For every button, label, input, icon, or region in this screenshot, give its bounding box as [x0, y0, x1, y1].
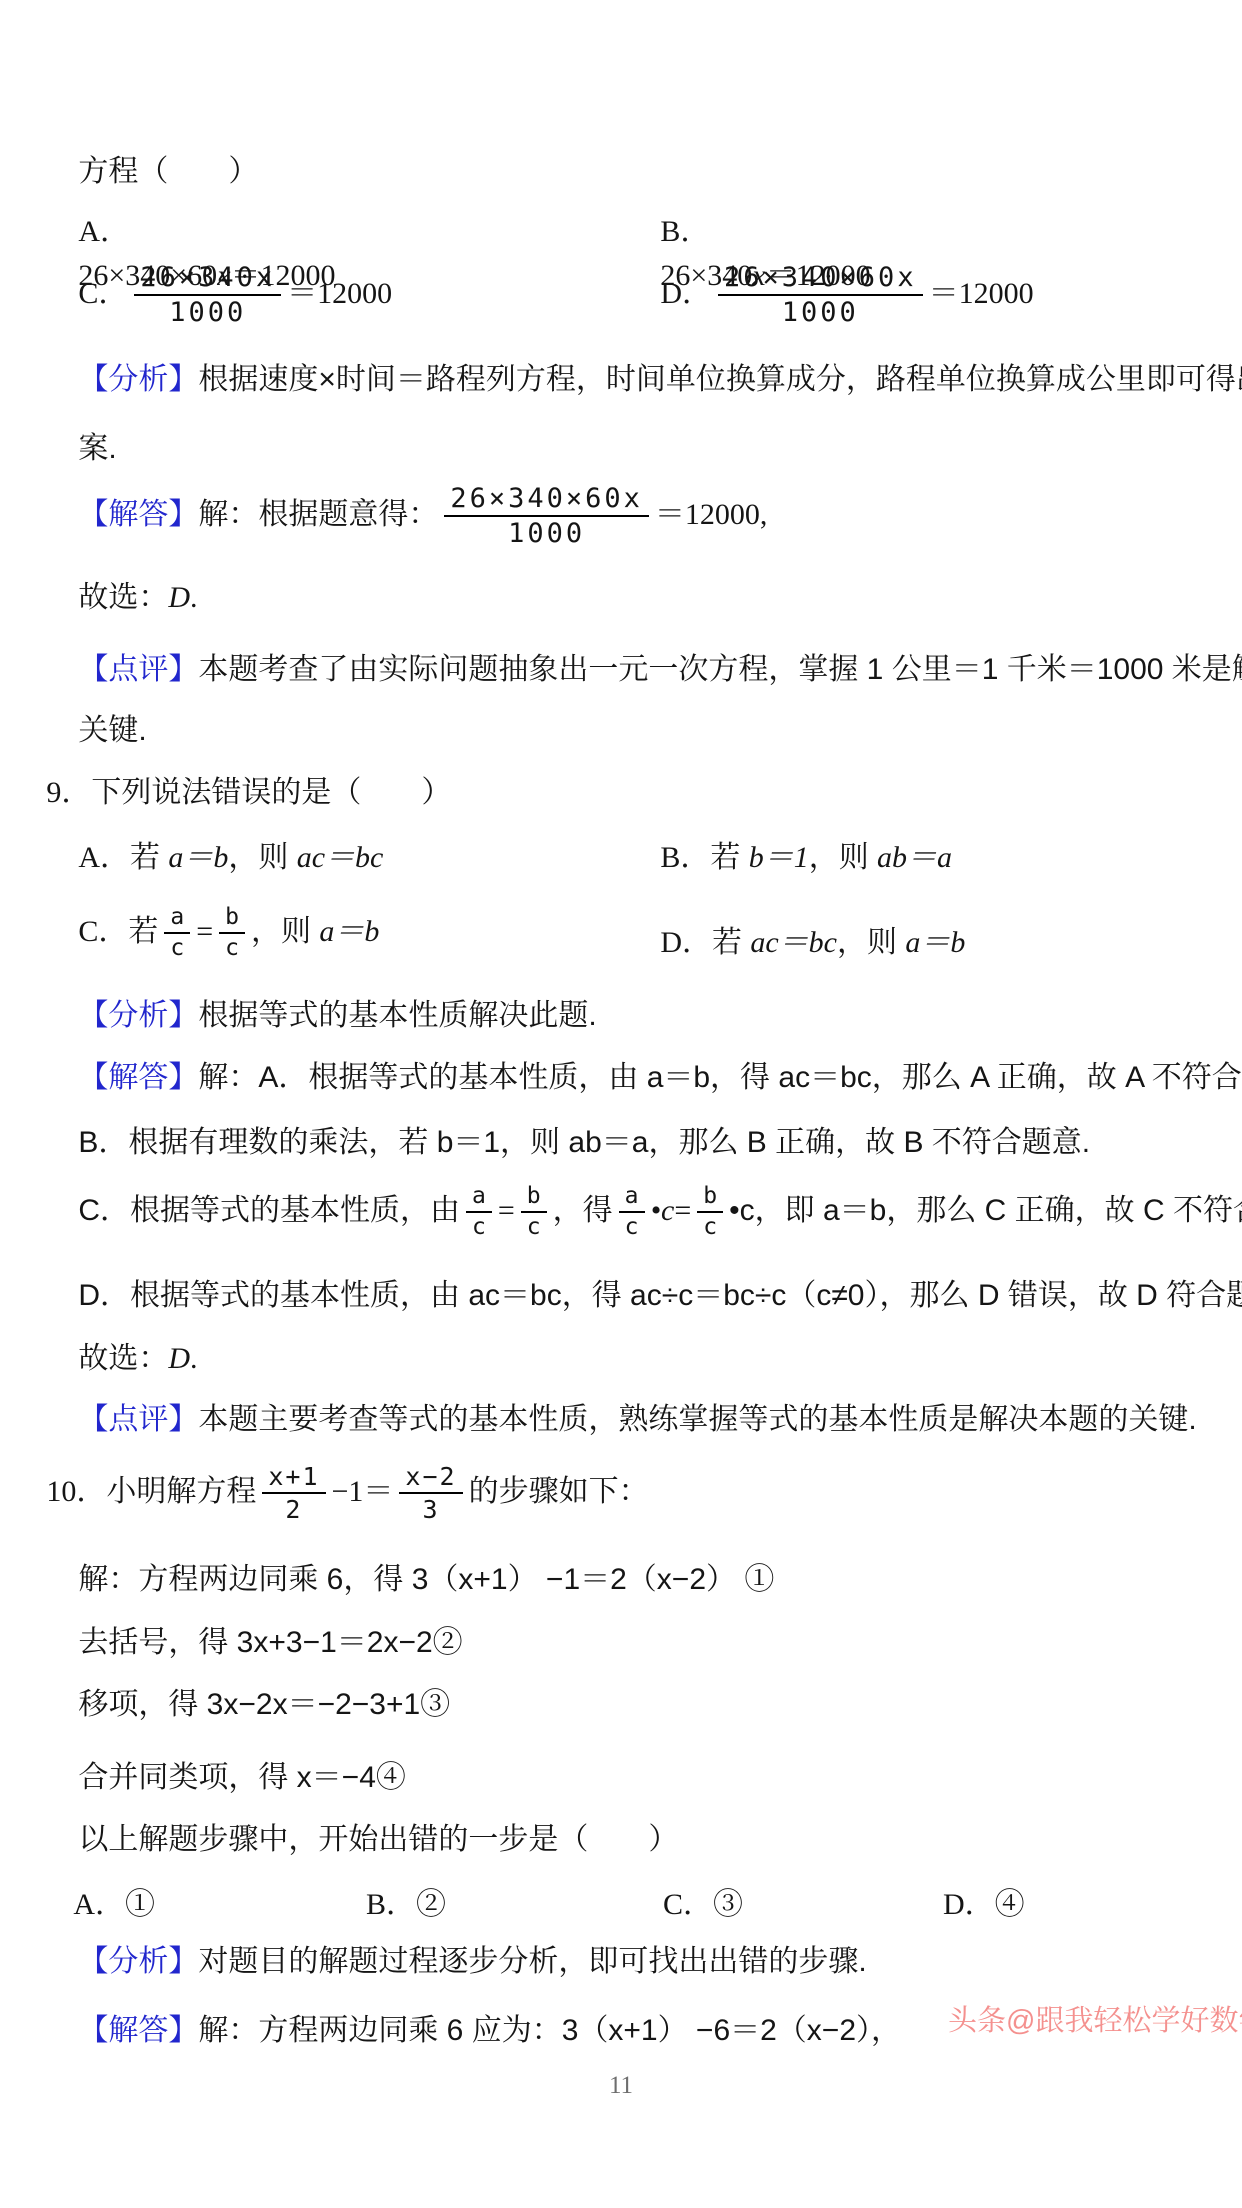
q9-answer-c-mid: ，得 [553, 1194, 613, 1227]
watermark: 头条@跟我轻松学好数学 [948, 1998, 1242, 2039]
q10-stem-pre: 小明解方程 [106, 1475, 256, 1508]
fraction-numerator: b [219, 905, 245, 934]
answer-label: 【解答】 [78, 2014, 198, 2047]
q9-answer-d: D．根据等式的基本性质，由 ac＝bc，得 ac÷c＝bc÷c（c≠0），那么 … [45, 1236, 1242, 1348]
q9-option-c-math2: a＝b [319, 915, 379, 948]
q9-answer-c-pre: C．根据等式的基本性质，由 [78, 1194, 460, 1227]
fraction-numerator: a [466, 1184, 492, 1213]
q9-option-b-math1: b＝1 [749, 841, 809, 874]
fraction: 26×340×60x1000 [718, 263, 923, 327]
q9-option-a-pre: 若 [130, 841, 168, 874]
watermark-text: 头条@跟我轻松学好数学 [948, 2005, 1242, 2037]
fraction: bc [219, 905, 245, 961]
q8-answer-pre: 解：根据题意得： [198, 498, 438, 531]
page-number: 11 [0, 2072, 1242, 2100]
q10-step-3-text: 移项，得 3x−2x＝−2−3+1③ [78, 1688, 450, 1721]
q9-option-a-label: A． [78, 841, 130, 874]
q8-analysis: 【分析】根据速度×时间＝路程列方程，时间单位换算成分，路程单位换算成公里即可得出… [45, 320, 1242, 432]
fraction-numerator: x+1 [262, 1463, 325, 1494]
q9-option-a-math1: a＝b [168, 841, 228, 874]
q9-option-d: D．若 ac＝bc，则 a＝b [627, 883, 965, 995]
fraction: ac [619, 1184, 645, 1240]
fraction-numerator: x−2 [399, 1463, 462, 1494]
q10-stem-mid: −1＝ [332, 1475, 394, 1508]
fraction-numerator: b [697, 1184, 723, 1213]
fraction-numerator: a [164, 905, 190, 934]
fraction-denominator: 2 [285, 1494, 302, 1523]
q9-answer-d-text: D．根据等式的基本性质，由 ac＝bc，得 ac÷c＝bc÷c（c≠0），那么 … [78, 1279, 1242, 1312]
q9-option-d-label: D． [660, 926, 712, 959]
q9-option-c-equals: = [196, 915, 213, 948]
q9-answer-c-dot1: •c [651, 1194, 675, 1227]
fraction-denominator: 3 [422, 1494, 439, 1523]
q10-answer: 【解答】解：方程两边同乘 6 应为：3（x+1） −6＝2（x−2）， [45, 1971, 901, 2083]
q9-option-b-mid: ，则 [809, 841, 877, 874]
fraction-numerator: 26×340x [134, 263, 281, 296]
fraction: 26×340×60x1000 [444, 484, 649, 548]
q9-option-d-math1: ac＝bc [750, 926, 837, 959]
fraction-numerator: 26×340×60x [444, 484, 649, 517]
fraction: ac [164, 905, 190, 961]
q8-comment-text: 本题考查了由实际问题抽象出一元一次方程，掌握 1 公里＝1 千米＝1000 米是… [198, 653, 1242, 686]
fraction-numerator: 26×340×60x [718, 263, 923, 296]
fraction-numerator: a [619, 1184, 645, 1213]
fraction: ac [466, 1184, 492, 1240]
q8-option-d-rhs: ＝12000 [929, 277, 1034, 310]
q9-option-b-label: B． [660, 841, 710, 874]
q9-option-c-pre: 若 [128, 915, 158, 948]
q10-stem-post: 的步骤如下： [469, 1475, 649, 1508]
q10-option-d: D．④ [913, 1845, 1025, 1957]
fraction-numerator: b [521, 1184, 547, 1213]
q9-option-d-math2: a＝b [905, 926, 965, 959]
q9-answer-c-equals2: = [674, 1194, 691, 1227]
fraction: x−23 [399, 1463, 462, 1523]
q9-option-c-label: C． [78, 915, 128, 948]
answer-label: 【解答】 [78, 498, 198, 531]
q8-option-c-label: C． [78, 277, 128, 310]
fraction: 26×340x1000 [134, 263, 281, 327]
q10-answer-text: 解：方程两边同乘 6 应为：3（x+1） −6＝2（x−2）， [198, 2014, 901, 2047]
q10-option-d-text: D．④ [943, 1888, 1025, 1921]
page-number-text: 11 [609, 2072, 633, 2099]
q9-option-b-math2: ab＝a [877, 841, 952, 874]
q8-option-d-label: D． [660, 277, 712, 310]
q9-option-a-mid: ，则 [228, 841, 296, 874]
q8-answer-rhs: ＝12000, [655, 498, 768, 531]
q9-answer-c-rest: •c，即 a＝b，那么 C 正确，故 C 不符合题意. [729, 1194, 1242, 1227]
q9-option-b-pre: 若 [710, 841, 748, 874]
fraction: bc [521, 1184, 547, 1240]
q8-analysis-text: 根据速度×时间＝路程列方程，时间单位换算成分，路程单位换算成公里即可得出答 [198, 363, 1242, 396]
q9-option-d-pre: 若 [712, 926, 750, 959]
q9-option-a-math2: ac＝bc [297, 841, 384, 874]
q9-option-c-mid: ，则 [251, 915, 319, 948]
fraction: bc [697, 1184, 723, 1240]
q9-answer-c-equals1: = [498, 1194, 515, 1227]
document-page: 方程（ ） A． 26×340×60x＝12000 B． 26×340x＝120… [0, 0, 1242, 2208]
fraction: x+12 [262, 1463, 325, 1523]
q8-option-c-rhs: ＝12000 [287, 277, 392, 310]
fraction-denominator: 1000 [508, 517, 585, 548]
q10-number: 10． [46, 1475, 106, 1508]
q9-option-d-mid: ，则 [837, 926, 905, 959]
q8-comment: 【点评】本题考查了由实际问题抽象出一元一次方程，掌握 1 公里＝1 千米＝100… [45, 610, 1242, 722]
